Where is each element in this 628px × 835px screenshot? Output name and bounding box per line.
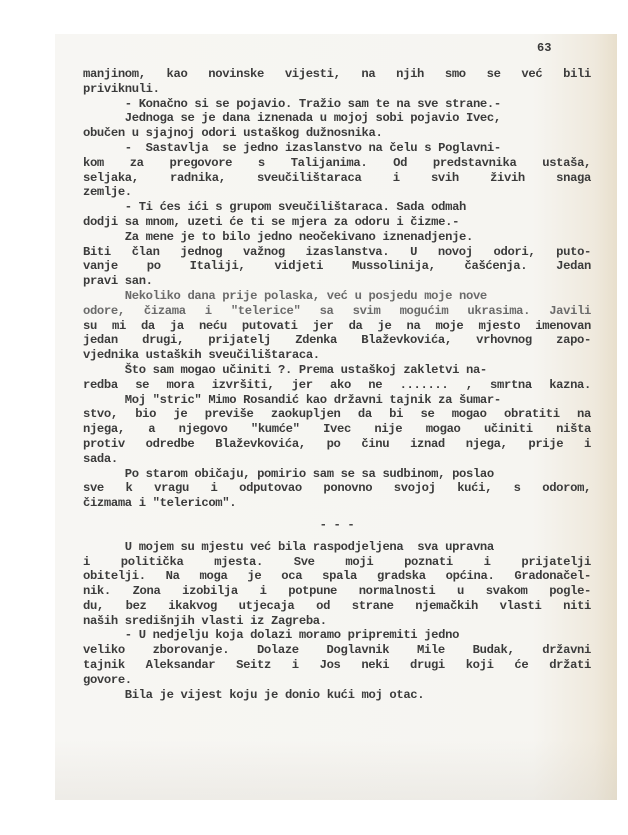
text-line: Bila je vijest koju je donio kući moj ot… bbox=[83, 688, 591, 703]
text-line: pravi san. bbox=[83, 274, 591, 289]
text-line: su mi da ja neću putovati jer da je na m… bbox=[83, 319, 591, 334]
text-line: naših središnjih vlasti iz Zagreba. bbox=[83, 614, 591, 629]
text-line: odore, čizama i "telerice" sa svim moguć… bbox=[83, 304, 591, 319]
text-line: seljaka, radnika, sveučilištaraca i svih… bbox=[83, 171, 591, 186]
text-line: i politička mjesta. Sve moji poznati i p… bbox=[83, 555, 591, 570]
text-line: Biti član jednog važnog izaslanstva. U n… bbox=[83, 245, 591, 260]
text-line: Za mene je to bilo jedno neočekivano izn… bbox=[83, 230, 591, 245]
text-line: govore. bbox=[83, 673, 591, 688]
text-line: vanje po Italiji, vidjeti Mussolinija, č… bbox=[83, 259, 591, 274]
text-line: - Sastavlja se jedno izaslanstvo na čelu… bbox=[83, 141, 591, 156]
text-line: manjinom, kao novinske vijesti, na njih … bbox=[83, 67, 591, 82]
text-line: Jednoga se je dana iznenada u mojoj sobi… bbox=[83, 111, 591, 126]
text-line: U mojem su mjestu već bila raspodjeljena… bbox=[83, 540, 591, 555]
text-line: priviknuli. bbox=[83, 82, 591, 97]
text-line: čizmama i "telericom". bbox=[83, 496, 591, 511]
text-line: vjednika ustaških sveučilištaraca. bbox=[83, 348, 591, 363]
text-line: - U nedjelju koja dolazi moramo pripremi… bbox=[83, 628, 591, 643]
text-block-1: manjinom, kao novinske vijesti, na njih … bbox=[83, 67, 591, 511]
text-line: veliko zborovanje. Dolaze Doglavnik Mile… bbox=[83, 643, 591, 658]
text-line: Moj "stric" Mimo Rosandić kao državni ta… bbox=[83, 393, 591, 408]
text-line: Što sam mogao učiniti ?. Prema ustaškoj … bbox=[83, 363, 591, 378]
text-line: sada. bbox=[83, 452, 591, 467]
text-line: njega, a njegovo "kumće" Ivec nije mogao… bbox=[83, 422, 591, 437]
text-line: obitelji. Na moga je oca spala gradska o… bbox=[83, 569, 591, 584]
text-line: tajnik Aleksandar Seitz i Jos neki drugi… bbox=[83, 658, 591, 673]
text-line: du, bez ikakvog utjecaja od strane njema… bbox=[83, 599, 591, 614]
section-separator: - - - bbox=[83, 518, 591, 533]
text-line: Po starom običaju, pomirio sam se sa sud… bbox=[83, 467, 591, 482]
text-line: - Ti ćes ići s grupom sveučilištaraca. S… bbox=[83, 200, 591, 215]
text-line: kom za pregovore s Talijanima. Od predst… bbox=[83, 156, 591, 171]
text-line: sve k vragu i odputovao ponovno svojoj k… bbox=[83, 481, 591, 496]
text-line: stvo, bio je previše zaokupljen da bi se… bbox=[83, 407, 591, 422]
text-line: jedan drugi, prijatelj Zdenka Blaževkovi… bbox=[83, 333, 591, 348]
text-line: protiv odredbe Blaževkovića, po činu izn… bbox=[83, 437, 591, 452]
text-line: zemlje. bbox=[83, 185, 591, 200]
page-body: manjinom, kao novinske vijesti, na njih … bbox=[83, 67, 591, 702]
text-line: Nekoliko dana prije polaska, već u posje… bbox=[83, 289, 591, 304]
text-line: redba se mora izvršiti, jer ako ne .....… bbox=[83, 378, 591, 393]
text-line: nik. Zona izobilja i potpune normalnosti… bbox=[83, 584, 591, 599]
text-line: obučen u sjajnoj odori ustaškog dužnosni… bbox=[83, 126, 591, 141]
page-number: 63 bbox=[537, 41, 551, 55]
text-line: - Konačno si se pojavio. Tražio sam te n… bbox=[83, 97, 591, 112]
text-line: dodji sa mnom, uzeti će ti se mjera za o… bbox=[83, 215, 591, 230]
text-block-2: U mojem su mjestu već bila raspodjeljena… bbox=[83, 540, 591, 703]
